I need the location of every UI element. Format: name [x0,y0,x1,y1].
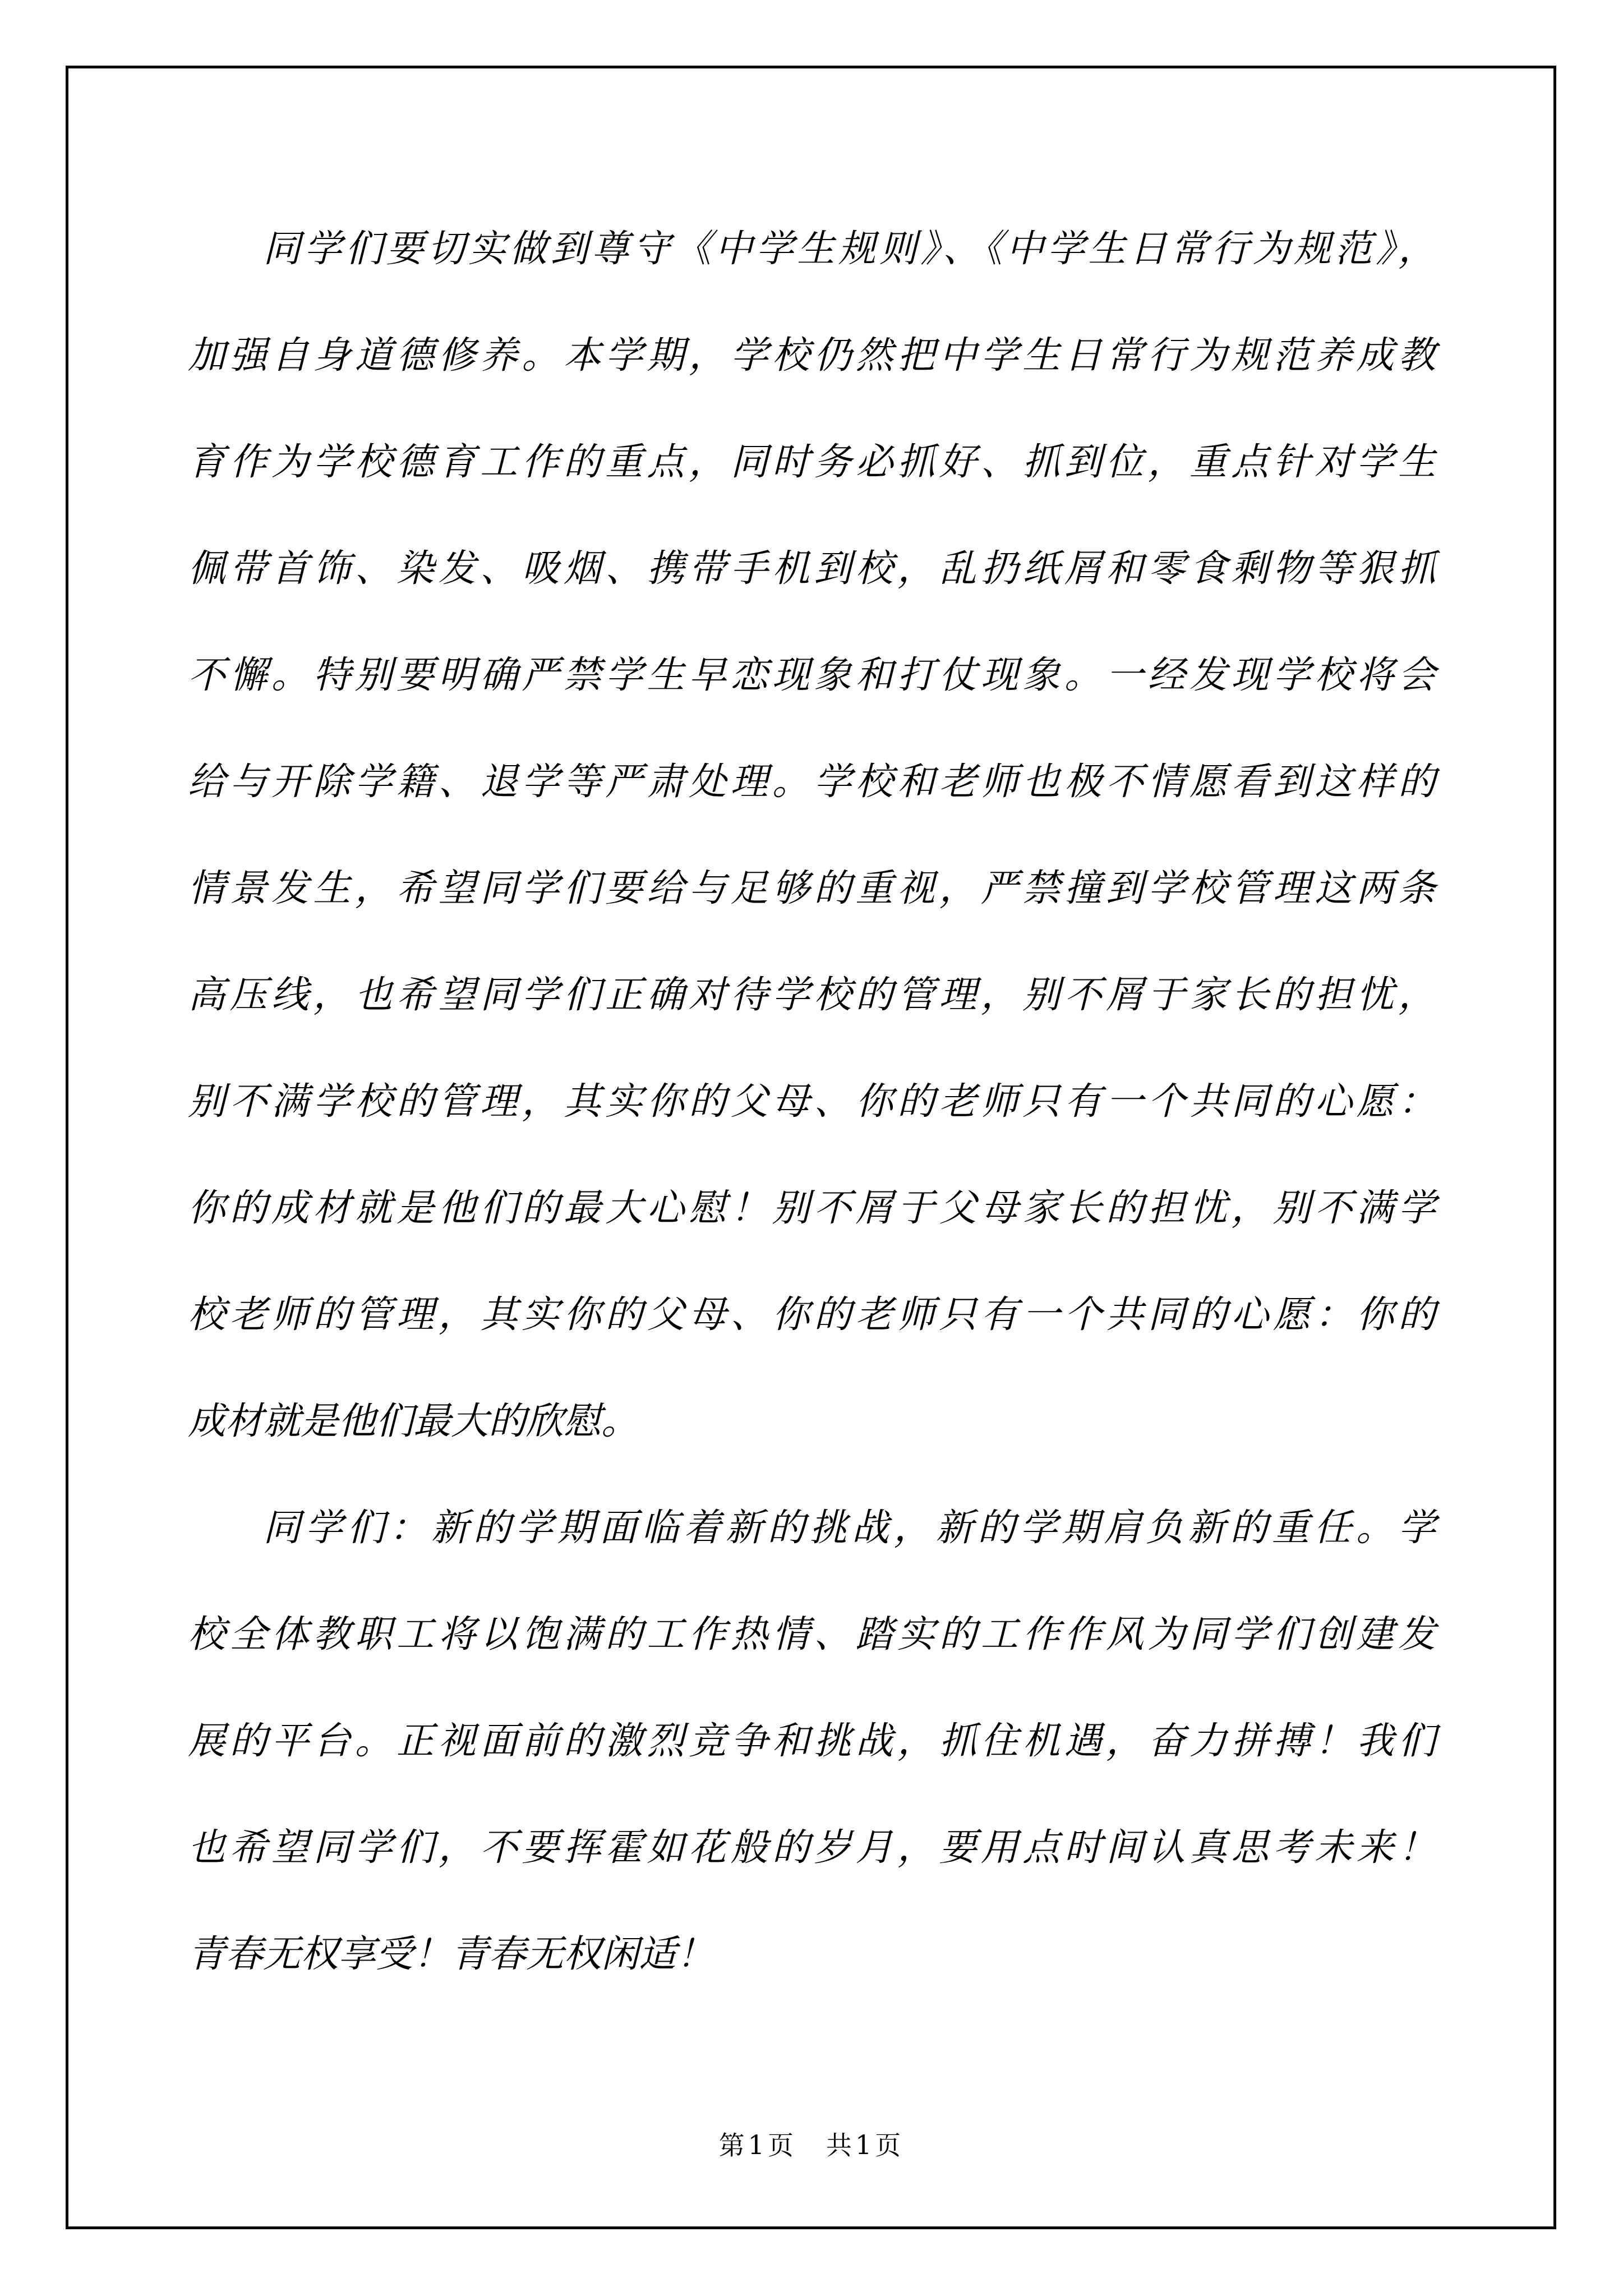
text-line: 高压线，也希望同学们正确对待学校的管理，别不屑于家长的担忧， [188,941,1436,1048]
text-line: 也希望同学们，不要挥霍如花般的岁月，要用点时间认真思考未来！ [188,1794,1436,1901]
text-line: 佩带首饰、染发、吸烟、携带手机到校，乱扔纸屑和零食剩物等狠抓 [188,515,1436,622]
text-line: 校全体教职工将以饱满的工作热情、踏实的工作作风为同学们创建发 [188,1581,1436,1687]
page-number-indicator: 第1页 共1页 [719,2130,905,2160]
text-line: 情景发生，希望同学们要给与足够的重视，严禁撞到学校管理这两条 [188,835,1436,941]
text-line: 展的平台。正视面前的激烈竞争和挑战，抓住机遇，奋力拼搏！我们 [188,1687,1436,1794]
text-line: 加强自身道德修养。本学期，学校仍然把中学生日常行为规范养成教 [188,302,1436,408]
text-line: 同学们要切实做到尊守《中学生规则》、《中学生日常行为规范》， [188,195,1436,302]
page-footer: 第1页 共1页 [0,2125,1623,2162]
text-line: 你的成材就是他们的最大心慰！别不屑于父母家长的担忧，别不满学 [188,1154,1436,1261]
text-line: 成材就是他们最大的欣慰。 [188,1368,1436,1474]
text-line: 育作为学校德育工作的重点，同时务必抓好、抓到位，重点针对学生 [188,408,1436,515]
document-body: 同学们要切实做到尊守《中学生规则》、《中学生日常行为规范》， 加强自身道德修养。… [188,195,1436,2007]
text-line: 别不满学校的管理，其实你的父母、你的老师只有一个共同的心愿： [188,1048,1436,1154]
text-line: 给与开除学籍、退学等严肃处理。学校和老师也极不情愿看到这样的 [188,728,1436,835]
text-line: 不懈。特别要明确严禁学生早恋现象和打仗现象。一经发现学校将会 [188,622,1436,728]
text-line: 同学们：新的学期面临着新的挑战，新的学期肩负新的重任。学 [188,1474,1436,1581]
text-line: 校老师的管理，其实你的父母、你的老师只有一个共同的心愿：你的 [188,1261,1436,1368]
document-page: 同学们要切实做到尊守《中学生规则》、《中学生日常行为规范》， 加强自身道德修养。… [0,0,1623,2296]
text-line: 青春无权享受！青春无权闲适！ [188,1901,1436,2007]
